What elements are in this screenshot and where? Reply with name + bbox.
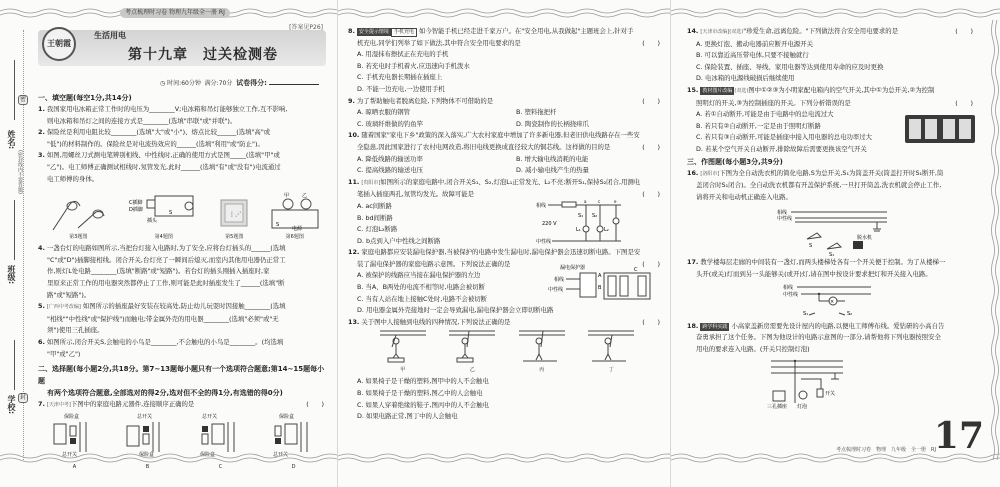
svg-text:保险盒: 保险盒 [279, 413, 294, 420]
question-8-tag: 安全提示情境 [357, 28, 391, 36]
question-15-tag: 教材图片改编 [700, 87, 734, 95]
answer-bracket-9[interactable]: ( ) [642, 96, 666, 108]
exam-meta: ◷ 时间:60分钟 满分:70分 试卷得分: [160, 78, 319, 88]
question-5-source: [广西中考改编] [47, 304, 81, 310]
question-3-line-2[interactable]: "乙")。电工师傅正确测试相线时,氖管发光,此时______(选填"有"或"没有… [38, 162, 330, 174]
question-1: 1. 我国家用电冰箱正常工作时的电压为________V;电冰箱和吊灯能够独立工… [38, 104, 330, 127]
question-4-line-4[interactable]: 里原来正常工作的用电器突然都停止了工作,则可能是此时插座发生了______(选填… [38, 278, 330, 290]
option-13b[interactable]: B. 如果椅子是干燥的塑料,图乙中的人会触电 [348, 388, 666, 400]
question-6-line-2: "甲"或"乙") [38, 349, 330, 361]
school-label: 学校: [6, 395, 17, 414]
figure-row-3-6: 第3题图 C插脚D插脚S插头 第4题图 ⋮⋰ 第5题图 甲乙S电源 第6题图 [38, 187, 330, 243]
figure-q6-caption: 第6题图 [270, 232, 320, 244]
middle-page: 8. 安全提示情境手机充电 如今智能手机已经走进千家万户。在"安全用电,从我做起… [337, 0, 670, 487]
answer-bracket-10[interactable]: ( ) [642, 142, 666, 154]
circuit-breaker-photo [905, 115, 975, 143]
question-4: 4. 一盏台灯的电路如图所示,当把台灯接入电路时,为了安全,应将台灯插头的___… [38, 243, 330, 301]
right-content: 14. [天津市改编](双选)"珍爱生命,远离危险。"下列做法符合安全用电要求的… [687, 26, 979, 409]
question-18-line-1: 小高家盖新房需要先设计屋内的电路,以便电工师傅布线。爱钻研的小高自告 [731, 322, 944, 330]
wave-border-bottom [338, 451, 670, 465]
question-3: 3. 如图,用螺丝刀式测电笔辨别相线、中性线时,正确的使用方式是图_____(选… [38, 150, 330, 185]
middle-content: 8. 安全提示情境手机充电 如今智能手机已经走进千家万户。在"安全用电,从我做起… [348, 26, 666, 423]
question-14-source: [天津市改编] [700, 29, 729, 35]
question-16-source: [洛阳市] [700, 171, 719, 177]
question-4-line-2: "C"或"D")插脚接相线。闭合开关,台灯亮了一瞬间后熄灭,而室内其他用电器仍正… [38, 255, 330, 267]
clock-icon: ◷ [160, 80, 165, 87]
svg-text:相线: 相线 [536, 202, 546, 209]
question-3-line-1[interactable]: 如图,用螺丝刀式测电笔辨别相线、中性线时,正确的使用方式是图_____(选填"甲… [47, 151, 280, 159]
question-17-line-1: 教学楼每层走廊的中间装有一盏灯,而两头楼梯处各有一个开关便于控制。为了从楼梯一 [700, 258, 945, 266]
answer-bracket-14[interactable]: ( ) [955, 26, 979, 38]
section-2-title-line-2: 有两个选项符合题意,全部选对的得2分,选对但不全的得1分,有选错的得0分) [38, 387, 330, 399]
svg-text:S: S [276, 222, 279, 228]
time-limit: 时间:60分钟 [167, 80, 201, 87]
wave-border-top [671, 6, 1000, 20]
score-label: 试卷得分: [236, 79, 267, 87]
question-14-type: (双选) [729, 29, 743, 35]
answer-bracket-15[interactable]: ( ) [955, 98, 979, 110]
figure-13-ding: 丁 [586, 327, 636, 377]
question-10-line-2: 全隐患,因此国家进行了农村电网改造,将旧电线更换成直径较大的铜芯线。这样做的目的… [357, 143, 610, 151]
option-12d[interactable]: D. 用电器金属外壳接地时一定会导致漏电,漏电保护器会立即切断电路 [348, 305, 666, 317]
section-1: 一、填空题(每空1分,共14分) 1. 我国家用电冰箱正常工作时的电压为____… [38, 92, 330, 474]
question-16-line-1: 下图为全自动洗衣机的简化电路,S为总开关,S₁为筒盖开关(筒盖打开时S₁断开,筒 [719, 169, 943, 177]
class-label: 班级: [6, 265, 17, 284]
option-9d[interactable]: D. 陶瓷制作的长柄挠痒爪 [507, 119, 666, 131]
question-2: 2. 保险丝是利用电阻比较________(选填"大"或"小")、熔点比较___… [38, 127, 330, 150]
left-page: 考点梳理时习卷 物理九年级全一册 RJ [答案见P26] 姓名: (密封线内不要… [0, 0, 337, 487]
section-3-title: 三、作图题(每小题3分,共9分) [687, 156, 979, 168]
question-12: 12. 家庭电路都应安装漏电保护器,当被保护的电路中发生漏电时,漏电保护器会迅速… [348, 247, 666, 317]
seal-mark-2: 封 [18, 393, 28, 403]
svg-text:S₁: S₁ [803, 311, 808, 317]
question-16-line-3: 请将开关和电动机正确连入电路。 [687, 192, 979, 204]
question-5-line-2[interactable]: "相线""中性线"或"保护线")而触电;带金属外壳的用电器________(选填… [38, 314, 330, 326]
answer-bracket-13[interactable]: ( ) [642, 317, 666, 329]
question-11-line-2: 笔插入插座两孔,氖管均发光。故障可能是 [357, 190, 474, 198]
option-9a[interactable]: A. 晾晒衣服的钢管 [348, 107, 507, 119]
question-1-line-1[interactable]: 我国家用电冰箱正常工作时的电压为________V;电冰箱和吊灯能够独立工作,互… [47, 105, 288, 113]
question-3-line-3: 电工师傅的身体。 [38, 174, 330, 186]
question-5-line-3: 须")使用三孔插座。 [38, 325, 330, 337]
figure-q4-caption: 第4题图 [129, 232, 199, 244]
question-6-line-1[interactable]: 如图所示,闭合开关S,会触电的小鸟是________,不会触电的小鸟是_____… [47, 338, 283, 346]
seal-note: (密封线内不要答题) [17, 150, 24, 194]
question-18-tag: 跨学科实践 [700, 323, 729, 331]
svg-text:C: C [634, 267, 638, 273]
svg-text:×: × [830, 299, 834, 305]
option-10c[interactable]: C. 提高线路的输送电压 [348, 165, 507, 177]
svg-text:总开关: 总开关 [137, 413, 152, 420]
svg-text:L₁: L₁ [576, 227, 581, 233]
option-8b[interactable]: B. 若充电时手机着火,应迅速向手机泼水 [348, 61, 666, 73]
svg-text:电源: 电源 [292, 225, 303, 232]
svg-text:中性线: 中性线 [536, 238, 551, 245]
leakage-protector-diagram: 漏电保护器 相线 中性线 ABC [548, 263, 653, 305]
svg-text:相线: 相线 [777, 209, 787, 216]
brand-logo: 王朝霞 [42, 27, 76, 61]
svg-text:灯泡: 灯泡 [797, 403, 807, 409]
svg-text:中性线: 中性线 [783, 291, 798, 298]
circuit-diagram-q11: 相线 220 V 中性线 S₁S₂L₁L₂ ace [536, 199, 626, 247]
question-5: 5. [广西中考改编] 如图所示的插座最好安装在较高处,防止幼儿玩耍时因接触__… [38, 301, 330, 337]
question-15: 15. 教材图片改编(双选)图中①②③为小明家配电箱内的空气开关,其中①为总开关… [687, 85, 979, 156]
right-page: 14. [天津市改编](双选)"珍爱生命,远离危险。"下列做法符合安全用电要求的… [670, 0, 1000, 487]
question-14-text: "珍爱生命,远离危险。"下列做法符合安全用电要求的是 [743, 27, 898, 35]
question-7: 7. [天津中考]下图中的家庭电路元器件,连接顺序正确的是( ) [38, 399, 330, 412]
svg-text:总开关: 总开关 [202, 413, 217, 420]
question-17: 17. 教学楼每层走廊的中间装有一盏灯,而两头楼梯处各有一个开关便于控制。为了从… [687, 257, 979, 320]
question-11: 11. [贵阳市]如图所示的家庭电路中,闭合开关S₁、S₂,灯泡L₁正常发光、L… [348, 177, 666, 248]
section-1-title: 一、填空题(每空1分,共14分) [38, 92, 330, 104]
question-18: 18. 跨学科实践 小高家盖新房需要先设计屋内的电路,以便电工师傅布线。爱钻研的… [687, 321, 979, 410]
answer-bracket-7[interactable]: ( ) [306, 399, 330, 411]
svg-text:220 V: 220 V [542, 221, 557, 227]
svg-text:C插脚: C插脚 [129, 199, 143, 206]
question-16-line-2: 盖闭合时S₁闭合)。全自动洗衣机都有开盖保护系统,一旦打开筒盖,洗衣机就会停止工… [687, 180, 979, 192]
figure-q4: C插脚D插脚S插头 第4题图 [129, 192, 199, 244]
question-8: 8. 安全提示情境手机充电 如今智能手机已经走进千家万户。在"安全用电,从我做起… [348, 26, 666, 96]
option-10a[interactable]: A. 降低线路的输送功率 [348, 154, 507, 166]
svg-text:c: c [598, 199, 600, 204]
option-14d[interactable]: D. 电冰箱的电源线破损后继续使用 [687, 73, 979, 85]
section-2-title: 二、选择题(每小题2分,共18分。第7~13题每小题只有一个选项符合题意;第14… [38, 363, 330, 399]
svg-text:漏电保护器: 漏电保护器 [560, 264, 585, 271]
question-16: 16. [洛阳市]下图为全自动洗衣机的简化电路,S为总开关,S₁为筒盖开关(筒盖… [687, 168, 979, 258]
seal-mark: 密 [18, 95, 28, 105]
question-8-line-1: 如今智能手机已经走进千家万户。在"安全用电,从我做起"主题班会上,针对手 [419, 27, 633, 35]
question-4-line-3[interactable]: 作,则灯L处电路________(选填"断路"或"短路")。若台灯的插头刚插入插… [38, 266, 330, 278]
svg-text:脱水机: 脱水机 [857, 234, 872, 241]
stair-light-circuit[interactable]: 相线 中性线 × S₁ S₂ [783, 283, 873, 321]
svg-text:B: B [598, 285, 602, 291]
option-13a[interactable]: A. 如果椅子是干燥的塑料,图甲中的人不会触电 [348, 376, 666, 388]
figure-q5: ⋮⋰ 第5题图 [219, 192, 249, 244]
section-2-title-line-1: 二、选择题(每小题2分,共18分。第7~13题每小题只有一个选项符合题意;第14… [38, 363, 330, 387]
washer-circuit-diagram[interactable]: 相线 中性线 S S₁ 脱水机 [777, 207, 897, 257]
svg-text:乙: 乙 [302, 192, 307, 199]
question-10-line-1: 随着国家"家电下乡"政策的深入落实,广大农村家庭中增加了许多新电器,但老旧供电线… [361, 131, 639, 139]
svg-text:甲: 甲 [284, 192, 289, 199]
school-field-line[interactable] [14, 340, 15, 390]
figure-q3-caption: 第3题图 [48, 232, 108, 244]
question-1-line-2[interactable]: 则电冰箱和吊灯之间的连接方式是________(选填"串联"或"并联")。 [38, 116, 330, 128]
option-13c[interactable]: C. 如果人穿着绝缘的鞋子,图丙中的人不会触电 [348, 400, 666, 412]
question-12-line-1: 家庭电路都应安装漏电保护器,当被保护的电路中发生漏电时,漏电保护器会迅速切断电路… [361, 248, 640, 256]
question-13: 13. 关于图中人接触到电线的四种情况,下列说法正确的是( ) 甲 乙 丙 丁 … [348, 317, 666, 423]
figure-13-bing: 丙 [517, 327, 567, 377]
svg-text:a: a [584, 199, 587, 204]
question-11-line-1: 如图所示的家庭电路中,闭合开关S₁、S₂,灯泡L₁正常发光、L₂不亮;断开S₁,… [380, 178, 640, 186]
option-14b[interactable]: B. 可以靠近高压带电体,只要不接触就行 [687, 50, 979, 62]
question-15-line-1: 图中①②③为小明家配电箱内的空气开关,其中①为总开关,②为控制 [748, 86, 934, 94]
svg-text:A: A [598, 273, 602, 279]
question-13-text: 关于图中人接触到电线的四种情况,下列说法正确的是 [361, 318, 510, 326]
svg-text:中性线: 中性线 [548, 286, 563, 293]
question-7-text: 下图中的家庭电路元器件,连接顺序正确的是 [71, 400, 194, 408]
question-8-subtag: 手机充电 [391, 28, 417, 37]
svg-text:三孔插座: 三孔插座 [767, 403, 787, 409]
answer-bracket-8[interactable]: ( ) [642, 38, 666, 50]
figure-q6: 甲乙S电源 第6题图 [270, 192, 320, 244]
question-18-line-3: 用电的要求连入电路。(开关只控制灯泡) [687, 344, 979, 356]
svg-text:相线: 相线 [554, 276, 564, 283]
header-band: 考点梳理时习卷 物理九年级全一册 RJ [120, 8, 230, 18]
option-13d[interactable]: D. 如果电路正常,图丁中的人会触电 [348, 411, 666, 423]
full-score: 满分:70分 [205, 80, 233, 87]
svg-text:L₂: L₂ [604, 227, 609, 233]
svg-text:开关: 开关 [825, 390, 835, 397]
option-8c[interactable]: C. 手机充电器长期插在插座上 [348, 72, 666, 84]
class-field-line[interactable] [14, 200, 15, 260]
figure-13-caption-ding: 丁 [586, 365, 636, 377]
figure-13-caption-jia: 甲 [378, 365, 428, 377]
question-17-line-2: 头开(或关)灯而到另一头能够关(或开)灯,请在图中按设计要求把灯和开关接入电路。 [687, 269, 979, 281]
option-8d[interactable]: D. 不能一边充电,一边使用手机 [348, 84, 666, 96]
svg-text:插头: 插头 [147, 217, 158, 224]
wave-border-bottom [0, 451, 337, 465]
question-10: 10. 随着国家"家电下乡"政策的深入落实,广大农村家庭中增加了许多新电器,但老… [348, 130, 666, 176]
option-8a[interactable]: A. 用湿抹布擦拭正在充电的手机 [348, 49, 666, 61]
svg-text:S: S [169, 210, 172, 216]
question-2-line-2[interactable]: "低")的材料制作的。保险丝是对电流热效应的______(选填"利用"或"防止"… [38, 139, 330, 151]
svg-text:S: S [809, 243, 812, 249]
question-14: 14. [天津市改编](双选)"珍爱生命,远离危险。"下列做法符合安全用电要求的… [687, 26, 979, 85]
svg-text:e: e [614, 199, 617, 204]
score-field[interactable] [269, 78, 319, 85]
question-15-line-2: 照明灯的开关,③为控制插座的开关。下列分析错误的是 [696, 99, 851, 107]
question-8-line-2: 机充电,同学们列举了如下做法,其中符合安全用电要求的是 [357, 39, 521, 47]
name-field-line[interactable] [14, 60, 15, 120]
wave-border-bottom [671, 451, 1000, 465]
wave-border-side [990, 20, 1000, 460]
question-2-line-1[interactable]: 保险丝是利用电阻比较________(选填"大"或"小")、熔点比较______… [47, 128, 270, 136]
chapter-title: 第十九章 过关检测卷 [128, 44, 278, 64]
figure-q3: 第3题图 [48, 192, 108, 244]
svg-text:S₂: S₂ [592, 213, 597, 219]
svg-text:D插脚: D插脚 [129, 206, 143, 213]
topic-label: 生活用电 [94, 30, 126, 41]
question-15-type: (双选) [734, 88, 748, 94]
svg-text:⋮⋰: ⋮⋰ [229, 211, 241, 218]
option-9c[interactable]: C. 玻璃纤维做的钓鱼竿 [348, 119, 507, 131]
question-13-figures: 甲 乙 丙 丁 [348, 328, 666, 376]
svg-text:相线: 相线 [783, 284, 793, 291]
option-10b[interactable]: B. 增大输电线消耗的电能 [507, 154, 666, 166]
figure-13-caption-bing: 丙 [517, 365, 567, 377]
question-4-line-5: 路"或"短路")。 [38, 290, 330, 302]
svg-text:S₂: S₂ [847, 311, 852, 317]
question-7-source: [天津中考] [47, 402, 71, 408]
question-11-source: [贵阳市] [361, 180, 380, 186]
option-14c[interactable]: C. 保险装置、插座、导线、家用电器等达到使用寿命的应及时更换 [687, 62, 979, 74]
option-14a[interactable]: A. 更换灯泡、搬动电器前应断开电源开关 [687, 39, 979, 51]
option-10d[interactable]: D. 减小输电线产生的热量 [507, 165, 666, 177]
wave-border-top [338, 6, 670, 20]
house-wiring-diagram[interactable]: 三孔插座 灯泡 开关 [757, 357, 847, 409]
figure-q5-caption: 第5题图 [219, 232, 249, 244]
option-15d[interactable]: D. 若某个空气开关自动断开,排除故障后需要更换该空气开关 [687, 144, 979, 156]
option-9b[interactable]: B. 塑料拖把杆 [507, 107, 666, 119]
figure-13-yi: 乙 [447, 327, 497, 377]
name-label: 姓名: [6, 130, 17, 149]
question-5-line-1[interactable]: 如图所示的插座最好安装在较高处,防止幼儿玩耍时因接触________(选填 [83, 302, 286, 310]
question-18-line-2: 奋勇承担了这个任务。下图为他设计的电路示意图的一部分,请帮他将下列电器按照安全 [687, 332, 979, 344]
question-4-line-1[interactable]: 一盏台灯的电路如图所示,当把台灯接入电路时,为了安全,应将台灯插头的______… [47, 244, 286, 252]
figure-13-caption-yi: 乙 [447, 365, 497, 377]
svg-text:中性线: 中性线 [777, 215, 792, 222]
question-9-text: 为了帮助触电者脱离危险,下列物体不可借助的是 [357, 97, 493, 105]
question-12-line-2: 装了漏电保护器的家庭电路示意图。下列说法正确的是 [357, 260, 510, 268]
svg-text:保险盒: 保险盒 [64, 413, 79, 420]
question-9: 9. 为了帮助触电者脱离危险,下列物体不可借助的是( ) A. 晾晒衣服的钢管B… [348, 96, 666, 131]
svg-text:S₁: S₁ [578, 213, 583, 219]
answer-bracket-11[interactable]: ( ) [642, 189, 666, 201]
figure-13-jia: 甲 [378, 327, 428, 377]
question-6: 6. 如图所示,闭合开关S,会触电的小鸟是________,不会触电的小鸟是__… [38, 337, 330, 360]
